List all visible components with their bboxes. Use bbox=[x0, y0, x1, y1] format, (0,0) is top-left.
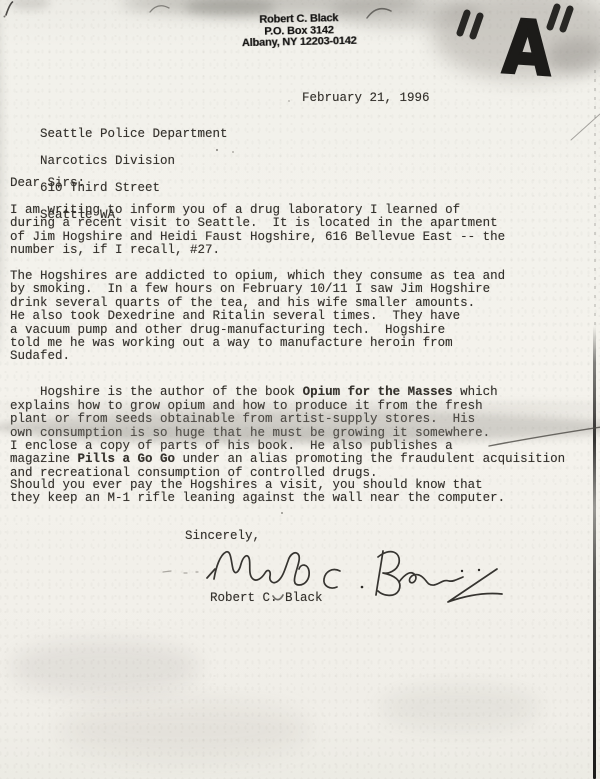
scan-edge-specks bbox=[594, 70, 596, 326]
scan-smudge bbox=[0, 0, 4, 360]
paragraph-2: The Hogshires are addicted to opium, whi… bbox=[10, 270, 505, 364]
quote-mark-icon bbox=[563, 9, 570, 29]
scan-smudge bbox=[380, 685, 540, 730]
signature-tail bbox=[399, 573, 463, 585]
arc-mark bbox=[150, 6, 169, 12]
signature-last-scrawl bbox=[376, 551, 400, 595]
exhibit-a-mark: A bbox=[440, 0, 600, 80]
sender-address-stamp: Robert C. Black P.O. Box 3142 Albany, NY… bbox=[230, 13, 369, 50]
recipient-line: Seattle Police Department bbox=[40, 127, 228, 141]
scan-edge-artifact bbox=[593, 326, 596, 779]
scan-smudge bbox=[10, 0, 50, 10]
closing: Sincerely, bbox=[185, 530, 260, 543]
recipient-line: Narcotics Division bbox=[40, 154, 175, 168]
quote-mark-icon bbox=[550, 7, 557, 27]
ink-speck bbox=[281, 512, 283, 514]
scan-smudge bbox=[10, 640, 200, 695]
faint-dash-marks bbox=[163, 571, 198, 573]
quote-mark-icon bbox=[460, 13, 467, 33]
signature-scrawl bbox=[140, 545, 510, 607]
ink-speck bbox=[288, 100, 290, 102]
scan-smudge bbox=[548, 38, 600, 74]
paragraph-3: Hogshire is the author of the book Opium… bbox=[10, 373, 565, 494]
ink-dot bbox=[461, 570, 463, 572]
ink-dot bbox=[478, 569, 480, 571]
typed-signature-name: Robert C. Black bbox=[210, 592, 323, 605]
signature-first-scrawl bbox=[207, 552, 309, 585]
letter-date: February 21, 1996 bbox=[302, 92, 430, 105]
ink-dot bbox=[361, 586, 364, 589]
ink-speck bbox=[232, 151, 234, 153]
signature-flourish bbox=[448, 569, 502, 602]
exhibit-letter: A bbox=[501, 5, 553, 80]
magazine-title: Pills a Go Go bbox=[78, 452, 176, 466]
scan-smudge bbox=[432, 0, 600, 80]
paragraph-4: Should you ever pay the Hogshires a visi… bbox=[10, 479, 505, 506]
book-title: Opium for the Masses bbox=[303, 385, 453, 399]
quote-mark-icon bbox=[473, 16, 480, 36]
signature-middle-initial bbox=[324, 570, 340, 588]
scan-smudge bbox=[60, 700, 310, 760]
salutation: Dear Sirs: bbox=[10, 177, 85, 190]
paragraph-3-segment: Hogshire is the author of the book bbox=[40, 385, 303, 399]
paragraph-1: I am writing to inform you of a drug lab… bbox=[10, 204, 505, 258]
arc-mark bbox=[367, 9, 391, 18]
sender-city-zip: Albany, NY 12203-0142 bbox=[230, 36, 368, 50]
pen-slash-mark bbox=[6, 2, 13, 15]
scanned-letter-page: Robert C. Black P.O. Box 3142 Albany, NY… bbox=[0, 0, 600, 779]
ink-speck bbox=[4, 16, 6, 18]
